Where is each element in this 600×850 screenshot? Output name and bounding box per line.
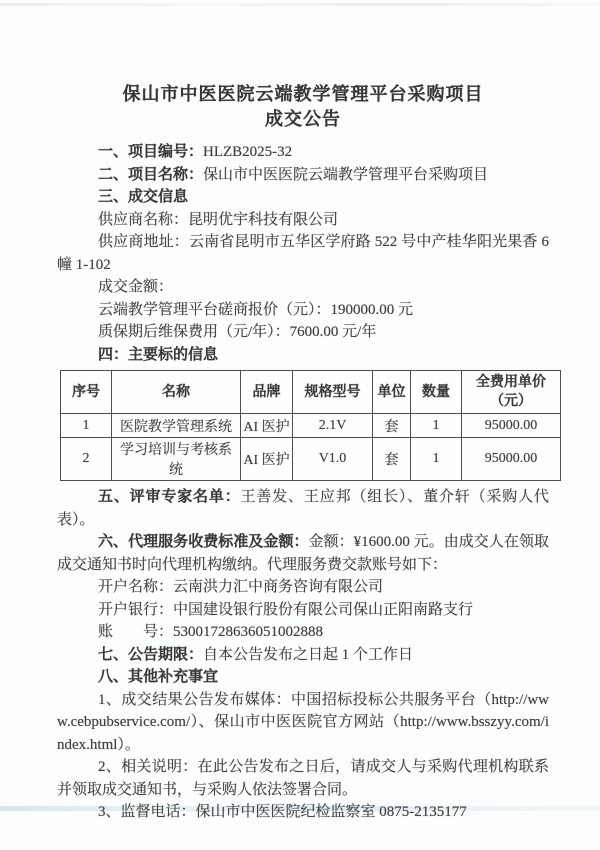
notice-period-label: 七、公告期限： (98, 647, 203, 663)
table-cell: V1.0 (293, 438, 373, 481)
section-other-heading: 八、其他补充事宜 (57, 666, 549, 689)
section-main-items-heading: 四：主要标的信息 (57, 344, 549, 367)
table-header-cell: 名称 (112, 371, 241, 414)
section-agency-fee: 六、代理服务收费标准及金额：金额：¥1600.00 元。由成交人在领取成交通知书… (57, 531, 549, 576)
table-cell: AI 医护 (241, 438, 293, 481)
bank-account-number-line: 账 号：53001728636051002888 (57, 621, 549, 644)
supplier-address-label: 供应商地址： (98, 234, 189, 250)
bank-account-name-value: 云南洪力汇中商务咨询有限公司 (173, 579, 383, 595)
table-row: 2 学习培训与考核系统 AI 医护 V1.0 套 1 95000.00 (61, 438, 561, 481)
section-notice-period: 七、公告期限：自本公告发布之日起 1 个工作日 (57, 644, 549, 667)
section-project-name: 二、项目名称：保山市中医医院云端教学管理平台采购项目 (57, 164, 549, 187)
other-item-1: 1、成交结果公告发布媒体：中国招标投标公共服务平台（http://www.ceb… (57, 689, 549, 757)
platform-quote-line: 云端教学管理平台磋商报价（元）：190000.00 元 (57, 299, 549, 322)
bank-name-value: 中国建设银行股份有限公司保山正阳南路支行 (173, 602, 473, 618)
section-experts: 五、评审专家名单：王善发、王应邦（组长）、董介轩（采购人代表）。 (57, 486, 549, 531)
supplier-address-line: 供应商地址：云南省昆明市五华区学府路 522 号中产桂华阳光果香 6 幢 1-1… (57, 231, 549, 276)
project-number-label: 一、项目编号： (98, 144, 203, 160)
award-amount-line: 成交金额： (57, 276, 549, 299)
table-cell: 95000.00 (462, 438, 561, 481)
other-item-3: 3、监督电话：保山市中医医院纪检监察室 0875-2135177 (57, 801, 549, 824)
agency-fee-label: 六、代理服务收费标准及金额： (98, 534, 309, 550)
section-project-number: 一、项目编号：HLZB2025-32 (57, 141, 549, 164)
table-cell: AI 医护 (241, 414, 293, 438)
table-header-cell: 数量 (411, 371, 462, 414)
document-title: 保山市中医医院云端教学管理平台采购项目 成交公告 (57, 82, 549, 132)
project-name-value: 保山市中医医院云端教学管理平台采购项目 (203, 167, 488, 183)
table-cell: 学习培训与考核系统 (112, 438, 241, 481)
table-cell: 95000.00 (462, 414, 561, 438)
table-cell: 2.1V (293, 414, 373, 438)
other-item-2: 2、相关说明：在此公告发布之日后，请成交人与采购代理机构联系并领取成交通知书，与… (57, 756, 549, 801)
bank-account-name-label: 开户名称： (98, 579, 173, 595)
project-name-label: 二、项目名称： (98, 167, 203, 183)
table-header-cell: 品牌 (241, 371, 293, 414)
table-header-cell: 规格型号 (293, 371, 373, 414)
scanned-document-page: 保山市中医医院云端教学管理平台采购项目 成交公告 一、项目编号：HLZB2025… (0, 0, 600, 850)
supplier-name-label: 供应商名称： (98, 212, 188, 228)
table-cell: 1 (61, 414, 112, 438)
table-row: 1 医院教学管理系统 AI 医护 2.1V 套 1 95000.00 (61, 414, 561, 438)
table-cell: 1 (411, 414, 462, 438)
document-content: 保山市中医医院云端教学管理平台采购项目 成交公告 一、项目编号：HLZB2025… (57, 0, 549, 824)
notice-period-value: 自本公告发布之日起 1 个工作日 (203, 647, 413, 663)
table-cell: 医院教学管理系统 (112, 414, 241, 438)
table-header-cell: 单位 (373, 371, 411, 414)
document-title-line2: 成交公告 (57, 107, 549, 132)
bank-account-number-label: 账 号： (98, 624, 173, 640)
supplier-name-value: 昆明优宇科技有限公司 (188, 212, 338, 228)
section-award-info-heading: 三、成交信息 (57, 186, 549, 209)
table-cell: 套 (373, 438, 411, 481)
table-cell: 2 (61, 438, 112, 481)
project-number-value: HLZB2025-32 (203, 144, 292, 160)
award-amount-label: 成交金额： (98, 279, 173, 295)
bank-name-label: 开户银行： (98, 602, 173, 618)
items-table: 序号 名称 品牌 规格型号 单位 数量 全费用单价（元） 1 医院教学管理系统 … (60, 370, 561, 481)
bank-account-number-value: 53001728636051002888 (173, 624, 323, 640)
document-title-line1: 保山市中医医院云端教学管理平台采购项目 (57, 82, 549, 107)
bank-name-line: 开户银行：中国建设银行股份有限公司保山正阳南路支行 (57, 599, 549, 622)
table-header-cell: 全费用单价（元） (462, 371, 561, 414)
table-cell: 1 (411, 438, 462, 481)
table-header-row: 序号 名称 品牌 规格型号 单位 数量 全费用单价（元） (61, 371, 561, 414)
table-header-cell: 序号 (61, 371, 112, 414)
maintenance-fee-line: 质保期后维保费用（元/年）：7600.00 元/年 (57, 321, 549, 344)
supplier-name-line: 供应商名称：昆明优宇科技有限公司 (57, 209, 549, 232)
experts-label: 五、评审专家名单： (98, 489, 241, 505)
bank-account-name-line: 开户名称：云南洪力汇中商务咨询有限公司 (57, 576, 549, 599)
table-cell: 套 (373, 414, 411, 438)
